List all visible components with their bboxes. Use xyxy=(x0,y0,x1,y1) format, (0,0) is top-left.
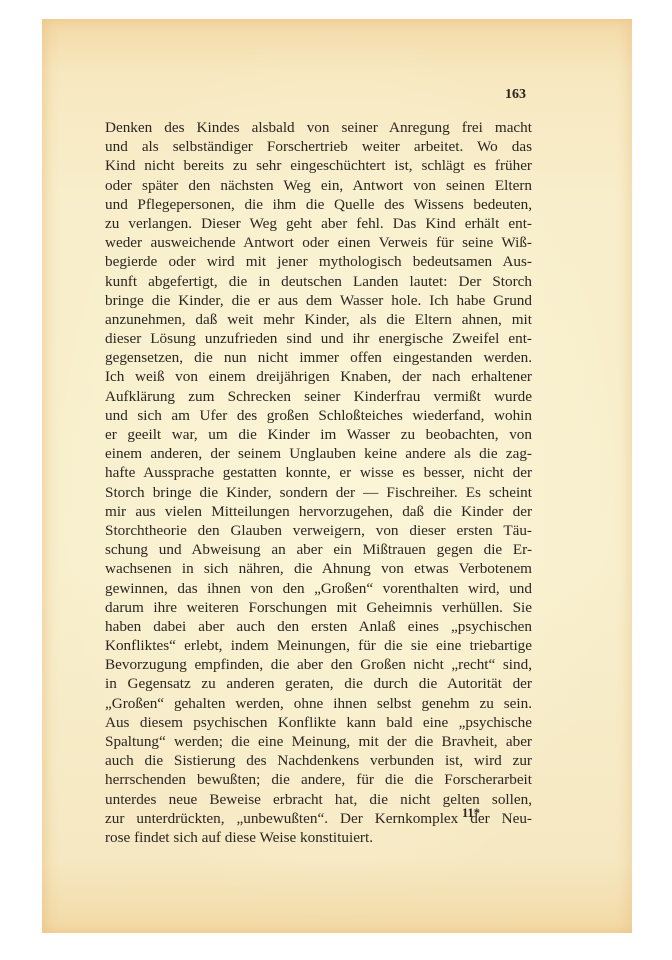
text-line: Storchtheorie den Glauben verweigern, vo… xyxy=(105,521,532,540)
text-line: „Großen“ gehalten werden, ohne ihnen sel… xyxy=(105,694,532,713)
text-line: auch die Sistierung des Nachdenkens verb… xyxy=(105,751,532,770)
text-line: rose findet sich auf diese Weise konstit… xyxy=(105,828,532,847)
text-line: gewinnen, das ihnen von den „Großen“ vor… xyxy=(105,579,532,598)
page-number: 163 xyxy=(505,87,526,103)
text-line: kunft abgefertigt, die in deutschen Land… xyxy=(105,272,532,291)
text-line: und als selbständiger Forschertrieb weit… xyxy=(105,137,532,156)
text-line: darum ihre weiteren Forschungen mit Gehe… xyxy=(105,598,532,617)
text-line: herrschenden bewußten; die andere, für d… xyxy=(105,770,532,789)
text-line: zu verlangen. Dieser Weg geht aber fehl.… xyxy=(105,214,532,233)
text-line: Aufklärung zum Schrecken seiner Kinderfr… xyxy=(105,387,532,406)
text-line: bringe die Kinder, die er aus dem Wasser… xyxy=(105,291,532,310)
text-line: Konfliktes“ erlebt, indem Meinungen, für… xyxy=(105,636,532,655)
text-line: hafte Aussprache gestatten konnte, er wi… xyxy=(105,463,532,482)
text-line: Aus diesem psychischen Konflikte kann ba… xyxy=(105,713,532,732)
signature-mark: 11* xyxy=(462,806,480,821)
text-line: und Pflegepersonen, die ihm die Quelle d… xyxy=(105,195,532,214)
text-line: Bevorzugung empfinden, die aber den Groß… xyxy=(105,655,532,674)
text-line: schung und Abweisung an aber ein Mißtrau… xyxy=(105,540,532,559)
text-line: begierde oder wird mit jener mythologisc… xyxy=(105,252,532,271)
text-line: Storch bringe die Kinder, sondern der — … xyxy=(105,483,532,502)
body-text: Denken des Kindes alsbald von seiner Anr… xyxy=(105,118,532,847)
text-line: wachsenen in sich nähren, die Ahnung von… xyxy=(105,559,532,578)
text-line: Spaltung“ werden; die eine Meinung, mit … xyxy=(105,732,532,751)
text-line: anzunehmen, daß weit mehr Kinder, als di… xyxy=(105,310,532,329)
text-line: er geeilt war, um die Kinder im Wasser z… xyxy=(105,425,532,444)
text-line: haben dabei aber auch den ersten Anlaß e… xyxy=(105,617,532,636)
text-line: in Gegensatz zu anderen geraten, die dur… xyxy=(105,674,532,693)
text-line: und sich am Ufer des großen Schloßteiche… xyxy=(105,406,532,425)
text-line: einem anderen, der seinem Unglauben kein… xyxy=(105,444,532,463)
text-line: Kind nicht bereits zu sehr eingeschüchte… xyxy=(105,156,532,175)
text-line: gegensetzen, die nun nicht immer offen e… xyxy=(105,348,532,367)
text-line: mir aus vielen Mitteilungen hervorzugehe… xyxy=(105,502,532,521)
text-line: weder ausweichende Antwort oder einen Ve… xyxy=(105,233,532,252)
text-line: oder später den nächsten Weg ein, Antwor… xyxy=(105,176,532,195)
text-line: Denken des Kindes alsbald von seiner Anr… xyxy=(105,118,532,137)
text-line: Ich weiß von einem dreijährigen Knaben, … xyxy=(105,367,532,386)
text-line: dieser Lösung unzufrieden sind und ihr e… xyxy=(105,329,532,348)
